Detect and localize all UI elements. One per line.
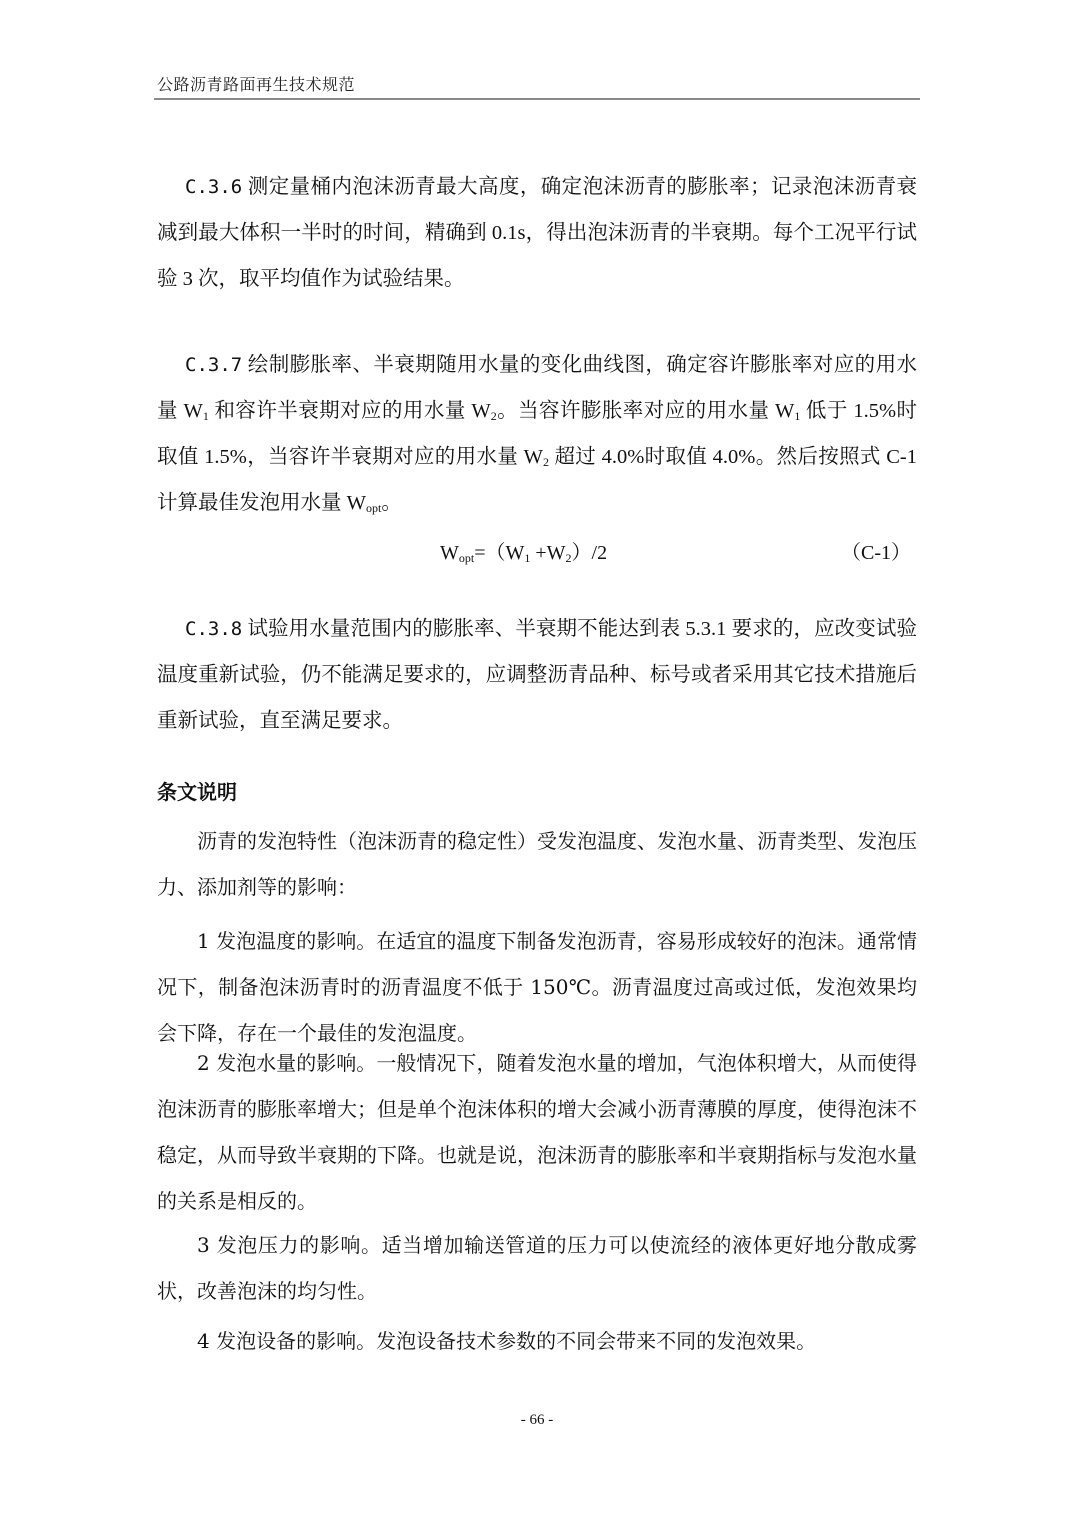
explanation-item-2: 2 发泡水量的影响。一般情况下，随着发泡水量的增加，气泡体积增大，从而使得泡沫沥…: [157, 1040, 917, 1224]
formula-label: （C-1）: [841, 536, 911, 565]
explanation-item-4: 4 发泡设备的影响。发泡设备技术参数的不同会带来不同的发泡效果。: [157, 1318, 917, 1364]
page-number: - 66 -: [0, 1412, 1074, 1429]
document-title: 公路沥青路面再生技术规范: [157, 72, 919, 95]
clause-text-part: 。当容许膨胀率对应的用水量 W: [497, 400, 795, 422]
clause-number: C.3.7: [185, 354, 242, 376]
clause-c-3-7: C.3.7 绘制膨胀率、半衰期随用水量的变化曲线图，确定容许膨胀率对应的用水量 …: [157, 342, 917, 526]
subscript: opt: [366, 501, 381, 515]
explanation-item-3: 3 发泡压力的影响。适当增加输送管道的压力可以使流经的液体更好地分散成雾状，改善…: [157, 1222, 917, 1314]
clause-number: C.3.8: [185, 618, 242, 640]
header-divider: [154, 98, 920, 100]
clause-text: 试验用水量范围内的膨胀率、半衰期不能达到表 5.3.1 要求的，应改变试验温度重…: [157, 618, 917, 732]
section-title: 条文说明: [157, 776, 237, 805]
clause-text: 测定量桶内泡沫沥青最大高度，确定泡沫沥青的膨胀率；记录泡沫沥青衰减到最大体积一半…: [157, 176, 917, 290]
explanation-intro: 沥青的发泡特性（泡沫沥青的稳定性）受发泡温度、发泡水量、沥青类型、发泡压力、添加…: [157, 818, 917, 910]
formula-c-1: Wopt=（W1 +W2）/2 （C-1）: [157, 530, 917, 570]
clause-number: C.3.6: [185, 176, 242, 198]
clause-c-3-6: C.3.6 测定量桶内泡沫沥青最大高度，确定泡沫沥青的膨胀率；记录泡沫沥青衰减到…: [157, 164, 917, 302]
explanation-item-1: 1 发泡温度的影响。在适宜的温度下制备发泡沥青，容易形成较好的泡沫。通常情况下，…: [157, 918, 917, 1056]
clause-text-part: 和容许半衰期对应的用水量 W: [209, 400, 491, 422]
clause-c-3-8: C.3.8 试验用水量范围内的膨胀率、半衰期不能达到表 5.3.1 要求的，应改…: [157, 606, 917, 744]
formula-expression: Wopt=（W1 +W2）/2: [440, 536, 607, 565]
clause-text-part: 。: [381, 492, 402, 514]
